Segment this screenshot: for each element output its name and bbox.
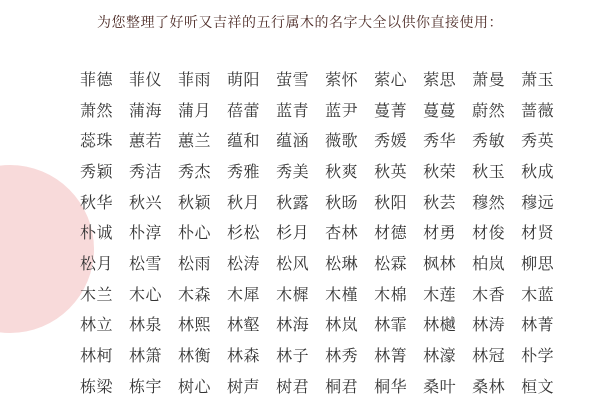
name-item: 林濠 <box>423 343 456 366</box>
name-item: 穆远 <box>521 190 554 213</box>
name-item: 木槿 <box>325 282 358 305</box>
name-row: 木兰木心木森木犀木樨木槿木棉木莲木香木蓝 <box>80 278 554 309</box>
name-item: 秋爽 <box>325 159 358 182</box>
name-item: 松琳 <box>325 251 358 274</box>
name-item: 穆然 <box>472 190 505 213</box>
name-item: 材贤 <box>521 220 554 243</box>
name-item: 杉松 <box>227 220 260 243</box>
name-item: 朴心 <box>178 220 211 243</box>
name-item: 杉月 <box>276 220 309 243</box>
name-item: 林岚 <box>325 312 358 335</box>
name-item: 萦思 <box>423 67 456 90</box>
name-item: 蕊珠 <box>80 128 113 151</box>
name-item: 秀华 <box>423 128 456 151</box>
name-item: 栋宇 <box>129 374 162 397</box>
name-item: 秋月 <box>227 190 260 213</box>
name-item: 秀杰 <box>178 159 211 182</box>
name-item: 秀雅 <box>227 159 260 182</box>
name-item: 蔚然 <box>472 98 505 121</box>
name-item: 柏岚 <box>472 251 505 274</box>
name-item: 木犀 <box>227 282 260 305</box>
name-row: 秋华秋兴秋颖秋月秋露秋旸秋阳秋芸穆然穆远 <box>80 186 554 217</box>
name-row: 林柯林箫林衡林森林子林秀林箐林濠林冠朴学 <box>80 339 554 370</box>
name-item: 材勇 <box>423 220 456 243</box>
name-item: 秋荣 <box>423 159 456 182</box>
name-item: 秀美 <box>276 159 309 182</box>
name-row: 秀颖秀洁秀杰秀雅秀美秋爽秋英秋荣秋玉秋成 <box>80 155 554 186</box>
name-item: 树声 <box>227 374 260 397</box>
name-item: 松涛 <box>227 251 260 274</box>
name-item: 林柯 <box>80 343 113 366</box>
name-item: 秋华 <box>80 190 113 213</box>
name-item: 秋兴 <box>129 190 162 213</box>
name-item: 林海 <box>276 312 309 335</box>
name-item: 树心 <box>178 374 211 397</box>
name-item: 秋旸 <box>325 190 358 213</box>
name-item: 秋阳 <box>374 190 407 213</box>
name-item: 材俊 <box>472 220 505 243</box>
name-item: 木棉 <box>374 282 407 305</box>
name-item: 林箫 <box>129 343 162 366</box>
name-item: 枫林 <box>423 251 456 274</box>
name-item: 林菁 <box>521 312 554 335</box>
name-item: 秋玉 <box>472 159 505 182</box>
name-grid: 菲德菲仪菲雨萌阳萤雪萦怀萦心萦思萧曼萧玉萧然蒲海蒲月蓓蕾蓝青蓝尹蔓菁蔓蔓蔚然蔷薇… <box>80 63 554 400</box>
article-page: 为您整理了好听又吉祥的五行属木的名字大全以供你直接使用： 菲德菲仪菲雨萌阳萤雪萦… <box>0 0 600 400</box>
name-item: 蕴和 <box>227 128 260 151</box>
name-item: 木心 <box>129 282 162 305</box>
name-item: 木香 <box>472 282 505 305</box>
name-item: 木樨 <box>276 282 309 305</box>
name-item: 秀敏 <box>472 128 505 151</box>
name-item: 蕴涵 <box>276 128 309 151</box>
name-item: 蔓菁 <box>374 98 407 121</box>
name-item: 林涛 <box>472 312 505 335</box>
name-item: 林秀 <box>325 343 358 366</box>
name-item: 杏林 <box>325 220 358 243</box>
name-item: 薇歌 <box>325 128 358 151</box>
name-item: 蔓蔓 <box>423 98 456 121</box>
name-item: 林樾 <box>423 312 456 335</box>
name-item: 蓓蕾 <box>227 98 260 121</box>
name-item: 菲雨 <box>178 67 211 90</box>
name-item: 萧曼 <box>472 67 505 90</box>
name-item: 松风 <box>276 251 309 274</box>
name-item: 秋芸 <box>423 190 456 213</box>
name-item: 蓝尹 <box>325 98 358 121</box>
name-item: 菲德 <box>80 67 113 90</box>
name-row: 朴诚朴淳朴心杉松杉月杏林材德材勇材俊材贤 <box>80 216 554 247</box>
name-item: 桓文 <box>521 374 554 397</box>
name-item: 萤雪 <box>276 67 309 90</box>
name-item: 松月 <box>80 251 113 274</box>
name-item: 萌阳 <box>227 67 260 90</box>
name-item: 林箐 <box>374 343 407 366</box>
name-item: 木森 <box>178 282 211 305</box>
name-item: 林衡 <box>178 343 211 366</box>
name-item: 萦心 <box>374 67 407 90</box>
name-item: 秀媛 <box>374 128 407 151</box>
name-item: 蕙若 <box>129 128 162 151</box>
name-item: 松雪 <box>129 251 162 274</box>
name-item: 秀颖 <box>80 159 113 182</box>
name-item: 朴淳 <box>129 220 162 243</box>
name-item: 材德 <box>374 220 407 243</box>
name-row: 松月松雪松雨松涛松风松琳松霖枫林柏岚柳思 <box>80 247 554 278</box>
name-item: 木兰 <box>80 282 113 305</box>
page-title: 为您整理了好听又吉祥的五行属木的名字大全以供你直接使用： <box>0 12 600 32</box>
name-item: 柳思 <box>521 251 554 274</box>
name-item: 秋颖 <box>178 190 211 213</box>
name-item: 木蓝 <box>521 282 554 305</box>
name-item: 桐君 <box>325 374 358 397</box>
name-item: 桐华 <box>374 374 407 397</box>
name-item: 林壑 <box>227 312 260 335</box>
name-item: 栋梁 <box>80 374 113 397</box>
name-item: 萧玉 <box>521 67 554 90</box>
name-item: 桑叶 <box>423 374 456 397</box>
name-row: 蕊珠蕙若蕙兰蕴和蕴涵薇歌秀媛秀华秀敏秀英 <box>80 124 554 155</box>
name-row: 萧然蒲海蒲月蓓蕾蓝青蓝尹蔓菁蔓蔓蔚然蔷薇 <box>80 94 554 125</box>
name-item: 秀英 <box>521 128 554 151</box>
name-item: 蒲海 <box>129 98 162 121</box>
name-item: 蒲月 <box>178 98 211 121</box>
name-item: 林森 <box>227 343 260 366</box>
name-item: 树君 <box>276 374 309 397</box>
name-item: 松霖 <box>374 251 407 274</box>
name-item: 萦怀 <box>325 67 358 90</box>
name-item: 萧然 <box>80 98 113 121</box>
name-item: 林子 <box>276 343 309 366</box>
name-row: 林立林泉林熙林壑林海林岚林霏林樾林涛林菁 <box>80 309 554 340</box>
name-item: 秋英 <box>374 159 407 182</box>
name-item: 木莲 <box>423 282 456 305</box>
name-item: 林熙 <box>178 312 211 335</box>
name-item: 秀洁 <box>129 159 162 182</box>
name-item: 林泉 <box>129 312 162 335</box>
name-item: 朴学 <box>521 343 554 366</box>
name-item: 蔷薇 <box>521 98 554 121</box>
name-item: 秋露 <box>276 190 309 213</box>
name-item: 林立 <box>80 312 113 335</box>
name-row: 菲德菲仪菲雨萌阳萤雪萦怀萦心萦思萧曼萧玉 <box>80 63 554 94</box>
name-item: 桑林 <box>472 374 505 397</box>
name-item: 林冠 <box>472 343 505 366</box>
name-item: 松雨 <box>178 251 211 274</box>
name-item: 朴诚 <box>80 220 113 243</box>
name-item: 林霏 <box>374 312 407 335</box>
name-item: 蓝青 <box>276 98 309 121</box>
name-row: 栋梁栋宇树心树声树君桐君桐华桑叶桑林桓文 <box>80 370 554 400</box>
name-item: 菲仪 <box>129 67 162 90</box>
name-item: 蕙兰 <box>178 128 211 151</box>
name-item: 秋成 <box>521 159 554 182</box>
